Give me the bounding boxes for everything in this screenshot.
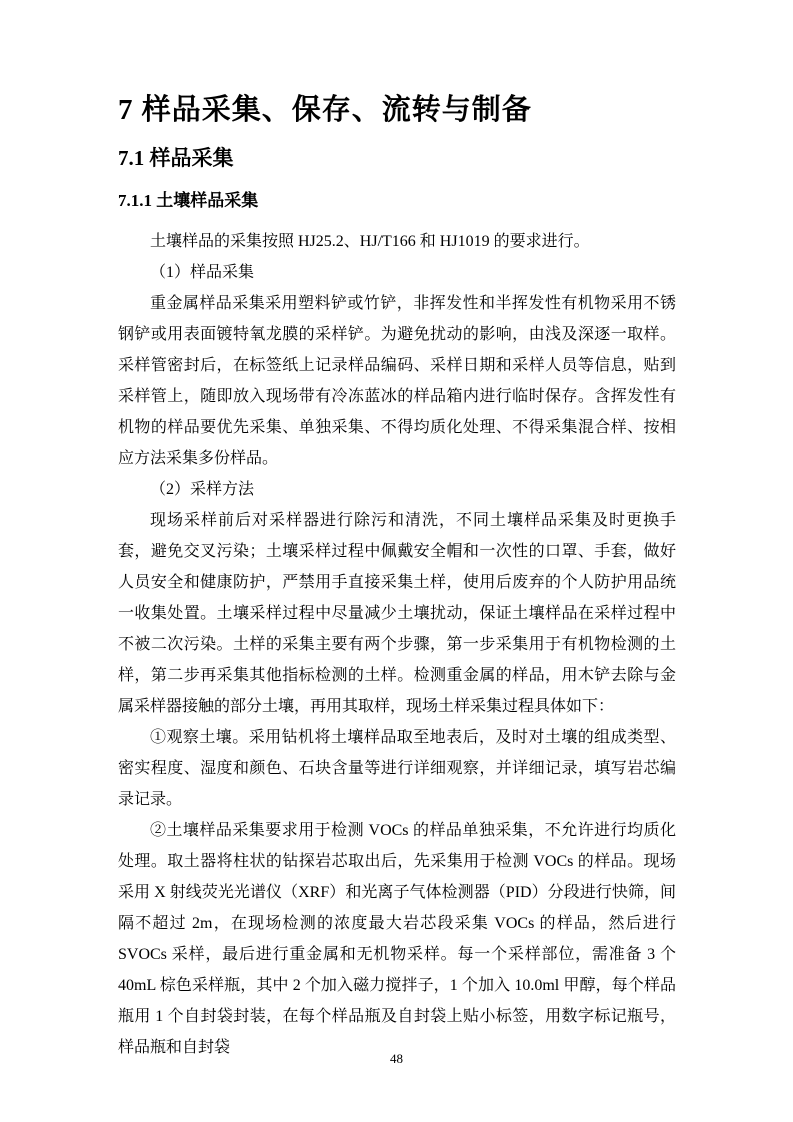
page-number: 48: [0, 1050, 793, 1068]
section-heading: 7.1 样品采集: [118, 145, 676, 171]
subsection-heading: 7.1.1 土壤样品采集: [118, 190, 676, 212]
paragraph-sampling-method: 现场采样前后对采样器进行除污和清洗，不同土壤样品采集及时更换手套，避免交叉污染；…: [118, 505, 676, 722]
paragraph-step-1-observe-soil: ①观察土壤。采用钻机将土壤样品取至地表后，及时对土壤的组成类型、密实程度、湿度和…: [118, 722, 676, 815]
item-label-sampling-method: （2）采样方法: [118, 474, 676, 505]
intro-paragraph: 土壤样品的采集按照 HJ25.2、HJ/T166 和 HJ1019 的要求进行。: [118, 226, 676, 257]
paragraph-step-2-vocs-sampling: ②土壤样品采集要求用于检测 VOCs 的样品单独采集，不允许进行均质化处理。取土…: [118, 815, 676, 1063]
item-label-sample-collection: （1）样品采集: [118, 257, 676, 288]
chapter-heading: 7 样品采集、保存、流转与制备: [118, 93, 676, 127]
document-page: 7 样品采集、保存、流转与制备 7.1 样品采集 7.1.1 土壤样品采集 土壤…: [0, 0, 793, 1122]
paragraph-sample-collection: 重金属样品采集采用塑料铲或竹铲，非挥发性和半挥发性有机物采用不锈钢铲或用表面镀特…: [118, 288, 676, 474]
